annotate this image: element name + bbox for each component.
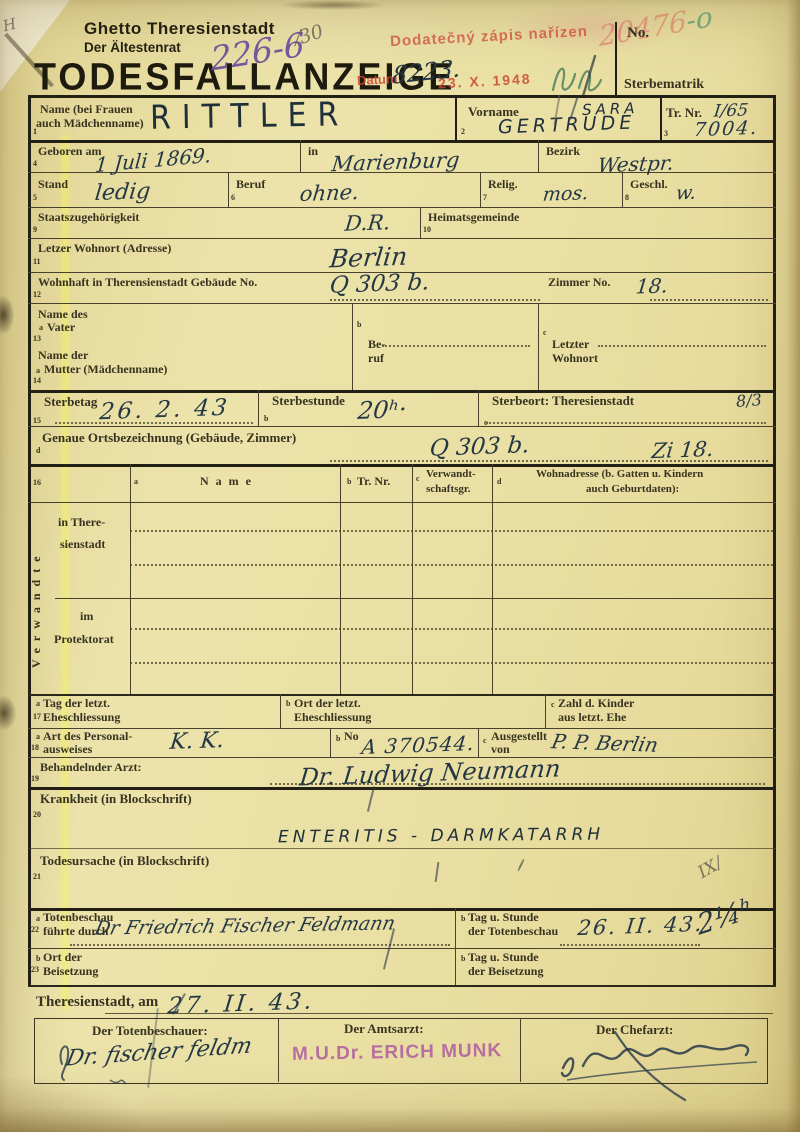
table-col-verw2: schaftsgr.	[426, 484, 471, 496]
gebaeude-label: Wohnhaft in Therensienstadt Gebäude No.	[38, 276, 257, 289]
field-number-19: 19	[31, 774, 39, 783]
line	[622, 172, 623, 207]
line	[412, 464, 413, 694]
sterbeort-pencil-mark: 8/3	[735, 390, 762, 411]
trnr-value-bottom: 7004.	[693, 117, 760, 141]
corner-number-green: -o	[686, 0, 713, 38]
line	[615, 22, 617, 95]
line	[330, 728, 331, 757]
mutter-label-line2: Mutter (Mädchenname)	[44, 363, 167, 376]
stamp-line1: Dodatečný zápis nařízen	[390, 23, 589, 50]
field-number-23: 23	[31, 965, 39, 974]
paper-stain	[0, 1108, 800, 1132]
line	[70, 944, 450, 946]
line	[28, 848, 776, 849]
beruf-value: ohne.	[299, 180, 361, 206]
death-notice-document: Ghetto Theresienstadt Der Ältestenrat TO…	[0, 0, 800, 1132]
table-group1-line2: sienstadt	[60, 538, 105, 551]
line	[330, 299, 540, 301]
beruf2-label-line2: ruf	[368, 352, 384, 365]
arzt-value: Dr. Ludwig Neumann	[298, 754, 562, 791]
ausgestellt-value: P. P. Berlin	[549, 729, 660, 757]
marker-b: b	[336, 734, 340, 743]
line	[228, 172, 229, 207]
paper-stain	[786, 0, 800, 1132]
ink-stroke	[383, 928, 395, 969]
ink-stroke	[435, 862, 440, 882]
marker-d: d	[36, 446, 40, 455]
field-number-4: 4	[33, 159, 37, 168]
ortsbez-value: Q 303 b.	[428, 432, 531, 461]
field-number-3: 3	[664, 129, 668, 138]
geboren-in-label: in	[308, 145, 318, 158]
totenbeschau-zeit-label-line1: Tag u. Stunde	[468, 911, 539, 924]
line	[478, 390, 479, 426]
letzter-wohnort-label-line2: Wohnort	[552, 352, 598, 365]
line	[130, 628, 773, 630]
line	[382, 345, 530, 347]
sterbetag-label: Sterbetag	[44, 395, 97, 409]
zimmer-value: 18.	[635, 273, 669, 298]
totenbeschau-zeit-pencil: 2¼ʰ	[695, 891, 754, 942]
marker-a: a	[36, 914, 40, 923]
marker-c: c	[416, 474, 420, 483]
field-number-14: 14	[33, 376, 41, 385]
beisetzung-zeit-label-line2: der Beisetzung	[468, 965, 543, 978]
sterbetag-value: 26. 2. 43	[98, 395, 231, 426]
line	[28, 502, 776, 503]
kinder-label-line1: Zahl d. Kinder	[558, 697, 634, 710]
wohnort-label: Letzer Wohnort (Adresse)	[38, 242, 171, 255]
line	[28, 985, 776, 987]
field-number-8: 8	[625, 193, 629, 202]
marker-a: a	[36, 366, 40, 375]
todesursache-label: Todesursache (in Blockschrift)	[40, 854, 209, 868]
table-col-name: N a m e	[200, 475, 253, 488]
ausgestellt-label-line1: Ausgestellt	[491, 730, 547, 743]
no-label: No.	[627, 26, 649, 42]
bezirk-label: Bezirk	[546, 145, 580, 158]
field-number-6: 6	[231, 193, 235, 202]
heimat-label: Heimatsgemeinde	[428, 211, 519, 224]
mutter-label-line1: Name der	[38, 349, 88, 362]
line	[28, 238, 776, 239]
line	[28, 464, 776, 467]
table-col-adr1: Wohnadresse (b. Gatten u. Kindern	[536, 469, 703, 481]
field-number-9: 9	[33, 225, 37, 234]
relig-label: Relig.	[488, 178, 518, 191]
name-label-line2: auch Mädchenname)	[36, 117, 144, 130]
beisetzung-zeit-label-line1: Tag u. Stunde	[468, 951, 539, 964]
beruf2-label-line1: Be-	[368, 338, 385, 351]
line	[28, 95, 776, 98]
line	[28, 303, 776, 304]
line	[545, 694, 546, 728]
field-number-1: 1	[33, 127, 37, 136]
line	[55, 598, 773, 599]
field-number-17: 17	[33, 712, 41, 721]
ink-stroke	[517, 858, 525, 871]
table-group2-line2: Protektorat	[54, 633, 114, 646]
todesursache-pencil-note: IX/	[695, 853, 726, 883]
table-side-label: Verwandte	[30, 508, 43, 668]
marker-d: d	[497, 477, 501, 486]
ausweis-no-value: A 370544.	[360, 731, 476, 759]
field-number-2: 2	[461, 127, 465, 136]
line	[340, 464, 341, 694]
field-number-20: 20	[33, 810, 41, 819]
marker-b: b	[357, 320, 361, 329]
footer-place-date-label: Theresienstadt, am	[36, 995, 158, 1011]
field-number-10: 10	[423, 225, 431, 234]
vater-label-line2: Vater	[47, 321, 75, 334]
ortsbez-label: Genaue Ortsbezeichnung (Gebäude, Zimmer)	[42, 431, 296, 445]
field-number-13: 13	[33, 334, 41, 343]
marker-c: c	[543, 328, 547, 337]
ehe-ort-label-line1: Ort der letzt.	[294, 697, 361, 710]
marker-b: b	[461, 954, 465, 963]
line	[130, 564, 773, 566]
line	[480, 172, 481, 207]
line	[28, 140, 776, 143]
line	[492, 464, 493, 694]
line	[352, 303, 353, 390]
ink-stroke	[367, 786, 375, 812]
line	[560, 944, 700, 946]
ink-monogram	[545, 52, 607, 98]
totenbeschauer-signature-flourish	[52, 1030, 252, 1090]
krankheit-label: Krankheit (in Blockschrift)	[40, 792, 192, 806]
ehe-tag-label-line2: Eheschliessung	[43, 711, 120, 724]
paper-stain	[278, 0, 388, 10]
ausweis-no-label: No	[344, 730, 359, 743]
relig-value: mos.	[542, 182, 590, 206]
field-number-7: 7	[483, 193, 487, 202]
line	[773, 95, 776, 985]
arzt-label: Behandelnder Arzt:	[40, 761, 141, 774]
sterbeort-label: Sterbeort: Theresienstadt	[492, 394, 634, 408]
field-number-16: 16	[33, 478, 41, 487]
line	[486, 422, 766, 424]
ausweis-label-line1: Art des Personal-	[43, 730, 132, 743]
beisetzung-ort-label-line1: Ort der	[43, 951, 82, 964]
ausgestellt-label-line2: von	[491, 743, 510, 756]
line	[598, 345, 766, 347]
staat-label: Staatszugehörigkeit	[38, 211, 139, 224]
field-number-12: 12	[33, 290, 41, 299]
marker-a: a	[36, 732, 40, 741]
beruf-label: Beruf	[236, 178, 265, 191]
line	[130, 464, 131, 694]
ehe-tag-label-line1: Tag der letzt.	[43, 697, 110, 710]
field-number-5: 5	[33, 193, 37, 202]
marker-a: a	[134, 477, 138, 486]
name-value: RITTLER	[150, 96, 350, 138]
marker-b: b	[264, 414, 268, 423]
line	[28, 390, 776, 393]
marker-c: c	[483, 736, 487, 745]
line	[538, 140, 539, 172]
line	[278, 1018, 279, 1082]
pencil-h-mark: H	[1, 15, 18, 36]
line	[538, 303, 539, 390]
line	[28, 948, 776, 949]
line	[455, 908, 456, 985]
line	[28, 207, 776, 208]
letzter-wohnort-label-line1: Letzter	[552, 338, 589, 351]
line	[420, 207, 421, 238]
kinder-label-line2: aus letzt. Ehe	[558, 711, 626, 724]
paper-stain	[0, 296, 14, 334]
sterbestunde-label: Sterbestunde	[272, 394, 345, 408]
line	[28, 426, 776, 427]
marker-c: c	[484, 418, 488, 427]
gebaeude-value: Q 303 b.	[328, 269, 431, 298]
marker-b: b	[36, 954, 40, 963]
line	[258, 390, 259, 426]
amtsarzt-stamp: M.U.Dr. ERICH MUNK	[292, 1040, 502, 1066]
wohnort-value: Berlin	[328, 242, 409, 274]
field-number-15: 15	[33, 416, 41, 425]
marker-a: a	[36, 699, 40, 708]
marker-b: b	[286, 699, 290, 708]
marker-b: b	[461, 914, 465, 923]
field-number-11: 11	[33, 257, 41, 266]
geschl-value: w.	[675, 182, 697, 205]
line	[28, 694, 776, 696]
table-group2-line1: im	[80, 610, 93, 623]
field-number-18: 18	[31, 743, 39, 752]
totenbeschau-zeit-value: 26. II. 43.	[576, 912, 704, 940]
marker-a: a	[39, 323, 43, 332]
staat-value: D.R.	[344, 210, 392, 236]
line	[28, 908, 776, 911]
ausweis-value: K. K.	[169, 728, 226, 755]
ehe-ort-label-line2: Eheschliessung	[294, 711, 371, 724]
org-name-line2: Der Ältestenrat	[84, 41, 181, 55]
stand-value: ledig	[94, 179, 152, 206]
line	[130, 530, 773, 532]
line	[478, 728, 479, 757]
marker-b: b	[347, 477, 351, 486]
krankheit-value: ENTERITIS - DARMKATARRH	[278, 825, 604, 848]
line	[520, 1018, 521, 1082]
beisetzung-ort-label-line2: Beisetzung	[43, 965, 98, 978]
paper-stain	[0, 696, 16, 730]
sterbestunde-value: 20ʰ·	[356, 395, 408, 425]
table-group1-line1: in There-	[58, 516, 105, 529]
name-label-line1: Name (bei Frauen	[40, 103, 133, 116]
sterbematrik-label: Sterbematrik	[624, 78, 704, 93]
vater-label-line1: Name des	[38, 308, 88, 321]
line	[300, 140, 301, 172]
line	[130, 662, 773, 664]
totenbeschau-value: Dr Friedrich Fischer Feldmann	[92, 912, 397, 939]
table-col-trnr: Tr. Nr.	[357, 475, 390, 488]
highlight-stripe	[61, 135, 69, 1010]
field-number-22: 22	[31, 925, 39, 934]
amtsarzt-label: Der Amtsarzt:	[344, 1022, 424, 1036]
line	[660, 95, 662, 140]
geboren-in-value: Marienburg	[330, 148, 460, 176]
trnr-label: Tr. Nr.	[666, 106, 702, 120]
bezirk-value: Westpr.	[597, 151, 675, 178]
table-col-verw1: Verwandt-	[426, 469, 476, 481]
chefarzt-signature	[545, 1022, 770, 1107]
line	[650, 299, 768, 301]
line	[280, 694, 281, 728]
marker-c: c	[551, 700, 555, 709]
geboren-label: Geboren am	[38, 145, 101, 158]
totenbeschau-zeit-label-line2: der Totenbeschau	[468, 925, 558, 938]
ortsbez-value2: Zi 18.	[651, 437, 715, 463]
vorname-value: GERTRUDE	[498, 112, 636, 139]
line	[28, 728, 776, 729]
zimmer-label: Zimmer No.	[548, 276, 610, 289]
table-col-adr2: auch Geburtdaten):	[586, 484, 679, 496]
line	[455, 95, 457, 140]
field-number-21: 21	[33, 872, 41, 881]
footer-place-date-value: 27. II. 43.	[166, 988, 316, 1019]
ausweis-label-line2: ausweises	[43, 743, 92, 756]
geschl-label: Geschl.	[630, 178, 668, 191]
stand-label: Stand	[38, 178, 68, 191]
